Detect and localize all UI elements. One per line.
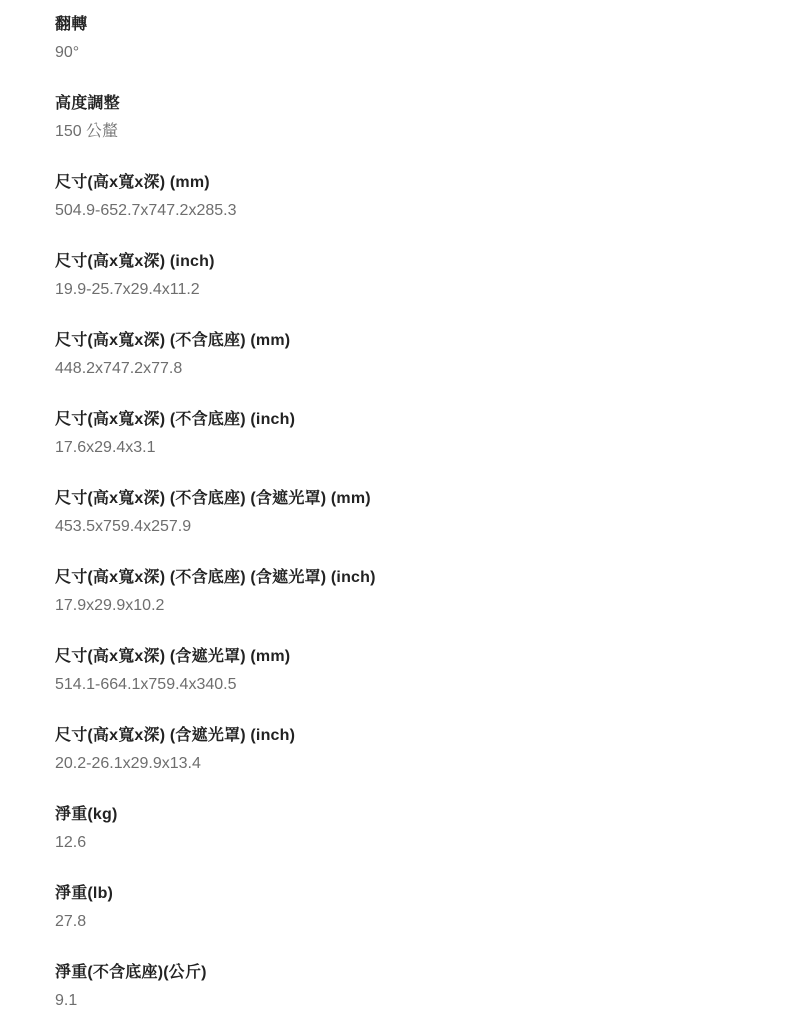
spec-label: 尺寸(高x寬x深) (不含底座) (inch)	[55, 409, 760, 431]
spec-row: 尺寸(高x寬x深) (不含底座) (含遮光罩) (inch) 17.9x29.9…	[55, 567, 760, 617]
spec-row: 淨重(不含底座)(公斤) 9.1	[55, 962, 760, 1012]
spec-value: 17.9x29.9x10.2	[55, 595, 760, 617]
spec-value: 90°	[55, 42, 760, 64]
spec-label: 尺寸(高x寬x深) (含遮光罩) (mm)	[55, 646, 760, 668]
spec-label: 尺寸(高x寬x深) (不含底座) (mm)	[55, 330, 760, 352]
spec-row: 尺寸(高x寬x深) (mm) 504.9-652.7x747.2x285.3	[55, 172, 760, 222]
spec-value: 27.8	[55, 911, 760, 933]
spec-label: 淨重(lb)	[55, 883, 760, 905]
spec-label: 尺寸(高x寬x深) (不含底座) (含遮光罩) (mm)	[55, 488, 760, 510]
spec-value: 448.2x747.2x77.8	[55, 358, 760, 380]
spec-label: 高度調整	[55, 93, 760, 115]
spec-value: 17.6x29.4x3.1	[55, 437, 760, 459]
spec-value: 150 公釐	[55, 121, 760, 143]
spec-row: 尺寸(高x寬x深) (不含底座) (inch) 17.6x29.4x3.1	[55, 409, 760, 459]
spec-label: 尺寸(高x寬x深) (不含底座) (含遮光罩) (inch)	[55, 567, 760, 589]
spec-row: 翻轉 90°	[55, 14, 760, 64]
spec-value: 453.5x759.4x257.9	[55, 516, 760, 538]
spec-row: 尺寸(高x寬x深) (含遮光罩) (mm) 514.1-664.1x759.4x…	[55, 646, 760, 696]
spec-row: 尺寸(高x寬x深) (不含底座) (mm) 448.2x747.2x77.8	[55, 330, 760, 380]
spec-value: 9.1	[55, 990, 760, 1012]
spec-value: 19.9-25.7x29.4x11.2	[55, 279, 760, 301]
spec-row: 淨重(lb) 27.8	[55, 883, 760, 933]
spec-label: 尺寸(高x寬x深) (含遮光罩) (inch)	[55, 725, 760, 747]
spec-list: 翻轉 90° 高度調整 150 公釐 尺寸(高x寬x深) (mm) 504.9-…	[0, 0, 800, 1012]
spec-label: 翻轉	[55, 14, 760, 36]
spec-value: 514.1-664.1x759.4x340.5	[55, 674, 760, 696]
spec-row: 淨重(kg) 12.6	[55, 804, 760, 854]
spec-value: 12.6	[55, 832, 760, 854]
spec-label: 淨重(kg)	[55, 804, 760, 826]
spec-value: 20.2-26.1x29.9x13.4	[55, 753, 760, 775]
spec-label: 淨重(不含底座)(公斤)	[55, 962, 760, 984]
spec-label: 尺寸(高x寬x深) (inch)	[55, 251, 760, 273]
spec-row: 高度調整 150 公釐	[55, 93, 760, 143]
spec-label: 尺寸(高x寬x深) (mm)	[55, 172, 760, 194]
spec-row: 尺寸(高x寬x深) (不含底座) (含遮光罩) (mm) 453.5x759.4…	[55, 488, 760, 538]
spec-row: 尺寸(高x寬x深) (inch) 19.9-25.7x29.4x11.2	[55, 251, 760, 301]
spec-value: 504.9-652.7x747.2x285.3	[55, 200, 760, 222]
spec-row: 尺寸(高x寬x深) (含遮光罩) (inch) 20.2-26.1x29.9x1…	[55, 725, 760, 775]
